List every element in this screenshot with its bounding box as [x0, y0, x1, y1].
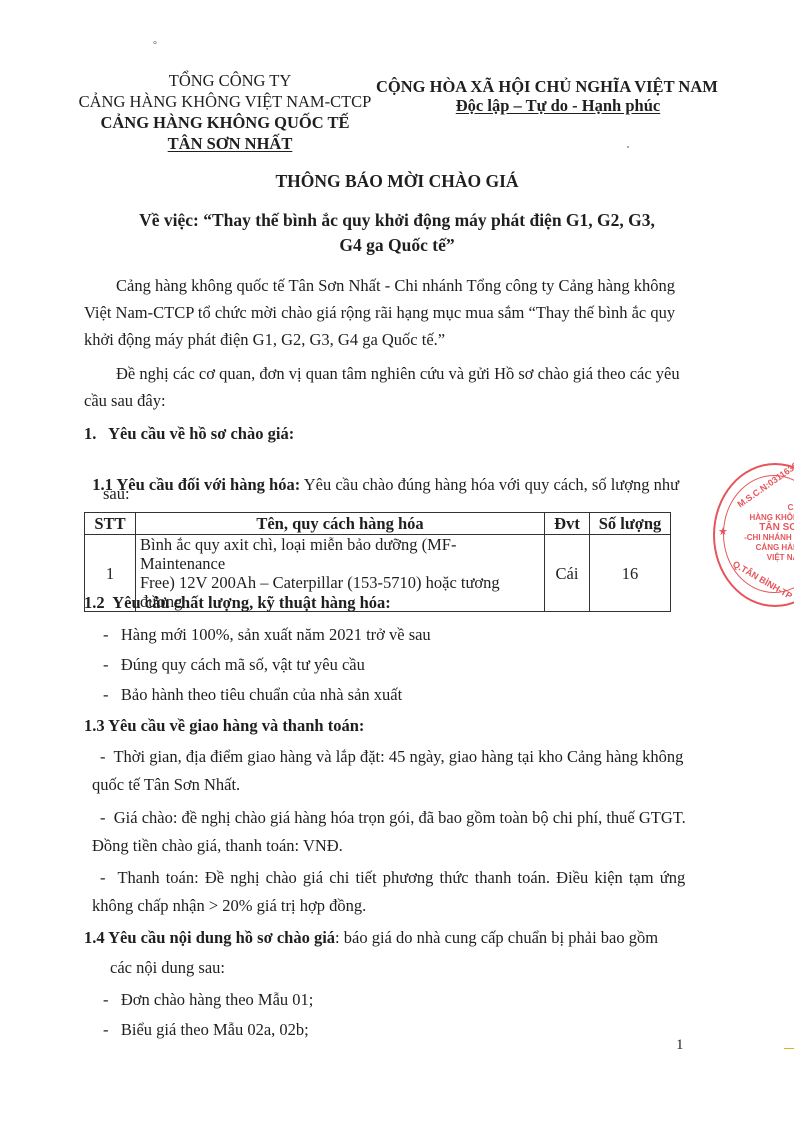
section-1-heading: 1. Yêu cầu về hồ sơ chào giá: — [84, 424, 294, 444]
delivery-item-line1: - Thời gian, địa điểm giao hàng và lắp đ… — [100, 747, 683, 767]
list-item: - Biểu giá theo Mẫu 02a, 02b; — [103, 1020, 309, 1040]
section-1-4: 1.4 Yêu cầu nội dung hồ sơ chào giá: báo… — [84, 928, 658, 948]
list-item: - Hàng mới 100%, sản xuất năm 2021 trở v… — [103, 625, 431, 645]
cell-quantity: 16 — [590, 535, 671, 612]
section-1-4-text-line2: các nội dung sau: — [110, 958, 225, 978]
subject-line-1: Về việc: “Thay thế bình ắc quy khởi động… — [0, 210, 794, 231]
list-item-text: Biểu giá theo Mẫu 02a, 02b; — [121, 1020, 309, 1039]
col-header-quantity: Số lượng — [590, 513, 671, 535]
cell-unit: Cái — [545, 535, 590, 612]
intro-p1-line3: khởi động máy phát điện G1, G2, G3, G4 g… — [84, 330, 445, 350]
section-1-4-label: 1.4 Yêu cầu nội dung hồ sơ chào giá — [84, 928, 335, 947]
stamp-line: -CHI NHÁNH TỔ — [735, 533, 794, 543]
payment-item-line1: - Thanh toán: Đề nghị chào giá chi tiết … — [100, 868, 685, 888]
section-1-1-text-line2: sau: — [103, 484, 130, 504]
price-item-line1: - Giá chào: đề nghị chào giá hàng hóa tr… — [100, 808, 686, 828]
document-title: THÔNG BÁO MỜI CHÀO GIÁ — [0, 171, 794, 192]
stamp-line: CẢN — [735, 503, 794, 513]
col-header-unit: Đvt — [545, 513, 590, 535]
section-1-2-heading: 1.2 Yêu cầu chất lượng, kỹ thuật hàng hó… — [84, 593, 391, 613]
list-item: - Đơn chào hàng theo Mẫu 01; — [103, 990, 313, 1010]
col-header-name: Tên, quy cách hàng hóa — [136, 513, 545, 535]
section-1-4-text: : báo giá do nhà cung cấp chuẩn bị phải … — [335, 928, 658, 947]
table-header-row: STT Tên, quy cách hàng hóa Đvt Số lượng — [85, 513, 671, 535]
delivery-item-line2: quốc tế Tân Sơn Nhất. — [92, 775, 240, 795]
stamp-line: TÂN SƠN — [735, 523, 794, 533]
list-item-text: Đơn chào hàng theo Mẫu 01; — [121, 990, 313, 1009]
intro-p2-line1: Đề nghị các cơ quan, đơn vị quan tâm ngh… — [116, 364, 680, 384]
star-icon: ★ — [718, 527, 728, 537]
section-1-1: 1.1 Yêu cầu đối với hàng hóa: Yêu cầu ch… — [84, 455, 679, 495]
org-line-1: TỔNG CÔNG TY — [80, 71, 380, 90]
stamp-center-text: CẢN HÀNG KHÔNG TÂN SƠN -CHI NHÁNH TỔ CẢN… — [735, 503, 794, 563]
subject-line-2: G4 ga Quốc tế” — [0, 235, 794, 256]
section-1-3-heading: 1.3 Yêu cầu về giao hàng và thanh toán: — [84, 716, 364, 736]
section-1-1-text: Yêu cầu chào đúng hàng hóa với quy cách,… — [300, 475, 679, 494]
company-seal-stamp: M.S.C.N:031163855 ★ CẢN HÀNG KHÔNG TÂN S… — [713, 463, 794, 607]
payment-item-line2: không chấp nhận > 20% giá trị hợp đồng. — [92, 896, 366, 916]
list-item: - Bảo hành theo tiêu chuẩn của nhà sản x… — [103, 685, 402, 705]
price-item-line2: Đồng tiền chào giá, thanh toán: VNĐ. — [92, 836, 343, 856]
stamp-line: CẢNG HÀNG — [735, 543, 794, 553]
intro-p2-line2: cầu sau đây: — [84, 391, 166, 411]
org-line-3: CẢNG HÀNG KHÔNG QUỐC TẾ — [70, 113, 380, 132]
list-item-text: Bảo hành theo tiêu chuẩn của nhà sản xuấ… — [121, 685, 402, 704]
stamp-line: VIỆT NAM — [735, 553, 794, 563]
cell-name-line1: Bình ắc quy axit chì, loại miễn bảo dưỡn… — [140, 535, 540, 573]
col-header-stt: STT — [85, 513, 136, 535]
org-line-2: CẢNG HÀNG KHÔNG VIỆT NAM-CTCP — [55, 92, 395, 111]
scan-speck — [627, 146, 629, 148]
edge-mark — [784, 1048, 794, 1049]
list-item-text: Hàng mới 100%, sản xuất năm 2021 trở về … — [121, 625, 431, 644]
intro-p1-line1: Cảng hàng không quốc tế Tân Sơn Nhất - C… — [116, 276, 675, 296]
page-number: 1 — [676, 1037, 684, 1054]
national-motto: Độc lập – Tự do - Hạnh phúc — [385, 96, 731, 116]
list-item-text: Đúng quy cách mã số, vật tư yêu cầu — [121, 655, 365, 674]
org-line-4: TÂN SƠN NHẤT — [80, 134, 380, 153]
list-item: - Đúng quy cách mã số, vật tư yêu cầu — [103, 655, 365, 675]
intro-p1-line2: Việt Nam-CTCP tổ chức mời chào giá rộng … — [84, 303, 675, 323]
national-title: CỘNG HÒA XÃ HỘI CHỦ NGHĨA VIỆT NAM — [376, 77, 718, 97]
corner-mark: ° — [153, 40, 157, 51]
